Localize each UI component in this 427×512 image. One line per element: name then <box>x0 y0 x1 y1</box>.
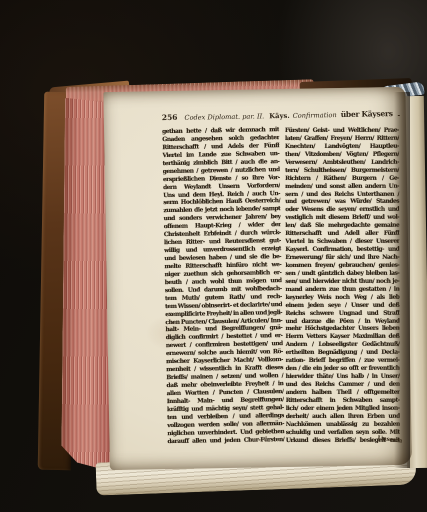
text-line: einem jeden seye / Unser und deß <box>285 301 399 309</box>
text-line: mand andern zue thun gestatten / in <box>285 285 399 293</box>
text-block: 256 Codex Diplomat. par. II. Käys. Confi… <box>162 109 406 446</box>
text-line: sen / undt gäntzlich dabey bleiben las- <box>285 270 399 278</box>
text-line: lich/ oder einem jeden Mitglied inson- <box>286 404 400 412</box>
running-title-kays: Käys. <box>269 112 290 120</box>
text-line: sen/ und hierwider nicht thun/ noch je- <box>285 277 399 285</box>
book-page: 256 Codex Diplomat. par. II. Käys. Confi… <box>103 87 412 470</box>
text-column-left: gethan hette / daß wir demnach mitGnaden… <box>162 126 285 445</box>
running-header: 256 Codex Diplomat. par. II. Käys. Confi… <box>162 109 400 122</box>
text-line: keynerley Weis noch Weg / als lieb <box>285 293 399 301</box>
text-line: kommen freyen/ gebrauchen/ genies- <box>285 262 399 270</box>
text-line: Reichs schwere Ungnad und Straff <box>285 309 399 317</box>
text-line: Ritterschafft in Schwaben sampt- <box>286 397 400 405</box>
running-title-confirmation: Confirmation <box>293 111 337 120</box>
text-line: Knechten/ Landvögten/ Hauptleu- <box>285 143 399 151</box>
text-line: Ernewerung/ für sich/ und ihre Nach- <box>285 254 399 262</box>
text-column-right: Fürsten/ Geist- und Weltlichen/ Prae-lat… <box>285 127 400 445</box>
text-line: laten/ Graffen/ Freyen/ Herrn/ Rittern/ <box>285 135 399 143</box>
text-line: andern halben Theil / offtgemelter <box>286 389 400 397</box>
book-photo: 256 Codex Diplomat. par. II. Käys. Confi… <box>0 0 427 512</box>
text-line: darauff allen und jeden Chur-Fürsten/ <box>167 436 284 446</box>
text-line: derheit/ auch allen ihren Erben und <box>286 412 400 420</box>
text-line: Nachkömen unablässig zu bezahlen <box>286 420 400 428</box>
running-title-fraktur: über Käysers <box>341 109 393 119</box>
gutter-shadow <box>394 92 410 468</box>
text-line: Fürsten/ Geist- und Weltlichen/ Prae- <box>285 127 399 135</box>
running-title-latin: Codex Diplomat. par. II. <box>184 112 264 121</box>
page-number: 256 <box>162 113 178 122</box>
text-line: Verwesern/ Ambtsleuthen/ Landrich- <box>285 158 399 166</box>
text-line: und des Reichs Cammer / und den <box>286 381 400 389</box>
text-line: meinden/ und sonst allen andern Un- <box>285 182 399 190</box>
text-line: then/ Vitzdomben/ Vögten/ Pflegern/ <box>285 150 399 158</box>
two-column-text: gethan hette / daß wir demnach mitGnaden… <box>162 124 406 446</box>
text-line: Richtern / Räthen/ Burgern / Ge- <box>285 174 399 182</box>
text-line: tern/ Schultheissen/ Burgermeistern/ <box>285 166 399 174</box>
